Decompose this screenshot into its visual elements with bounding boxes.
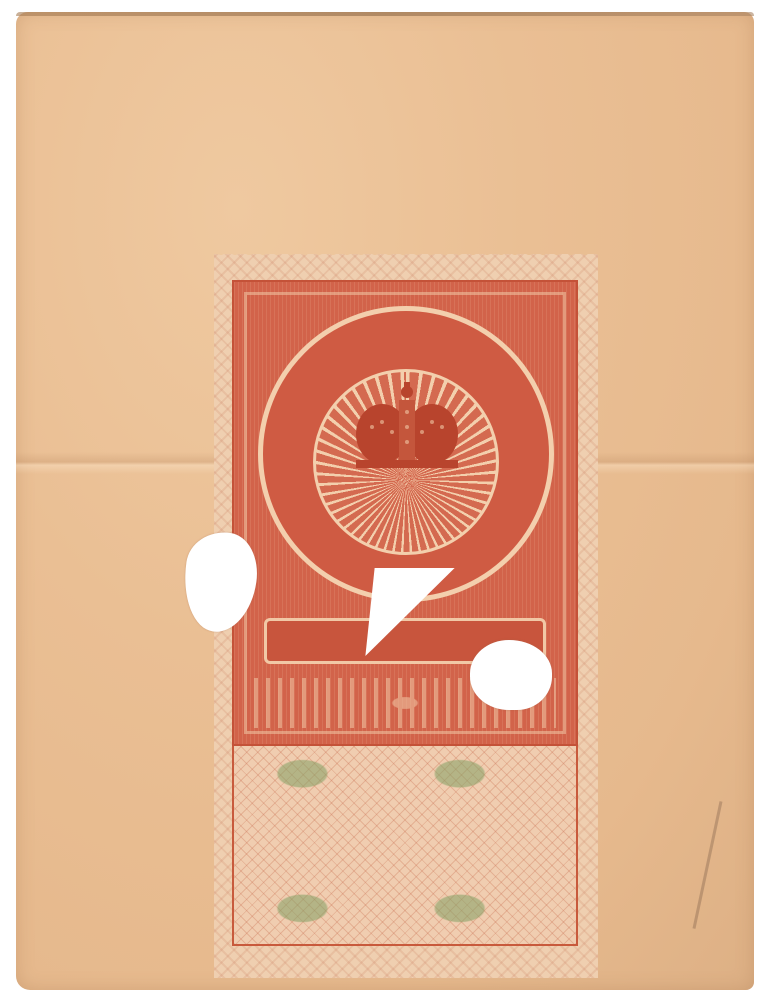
- punch-hole: [470, 640, 552, 710]
- crown-icon: [352, 382, 462, 472]
- handstamp-text: [50, 772, 710, 882]
